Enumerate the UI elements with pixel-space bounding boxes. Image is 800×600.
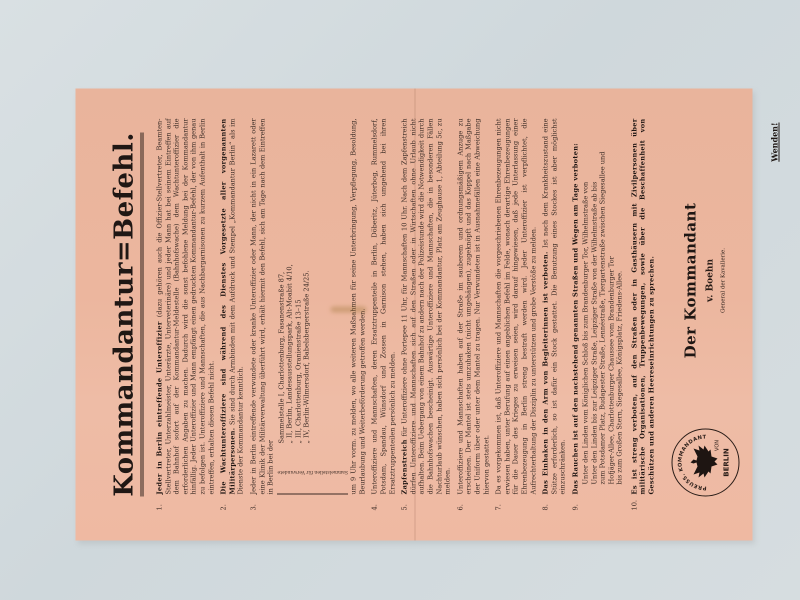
paper-stain [330, 306, 366, 312]
signature-title: Der Kommandant [681, 200, 699, 360]
item-number: 6. [456, 494, 490, 510]
item-lead: Jeder in Berlin eintreffende Unteroffizi… [155, 321, 163, 494]
sammelstelle: „ IV, Berlin-Wilmersdorf, Babelsbergerst… [302, 264, 310, 443]
eagle-icon: K. PREUSS. KOMMANDANTUR VON BERLIN [672, 429, 738, 495]
street-list: Unter den Linden vom Königlichen Schloß … [581, 118, 623, 484]
document-footer: K. PREUSS. KOMMANDANTUR VON BERLIN Der K… [659, 118, 800, 510]
item-number: 7. [494, 494, 537, 510]
item-lead: Das Einhaken in den Arm von Begleiterinn… [541, 251, 549, 494]
signature-block: Der Kommandant v. Boehn General der Kava… [681, 200, 726, 360]
item-number: 9. [571, 494, 580, 510]
item-text-after: um 9 Uhr vorm. zu melden, wo alle weiter… [349, 118, 366, 510]
order-item-5: 5. Zapfenstreich für Unteroffiziere ohne… [400, 118, 452, 510]
street-line: bis zum Großen Stern, Siegesallee, König… [615, 118, 623, 484]
sammelstelle: „ III, Charlottenburg, Oranienstraße 13–… [294, 264, 302, 443]
signature-name: v. Boehn [705, 200, 715, 360]
fold-crease [414, 88, 415, 540]
order-item-6: 6. Unteroffiziere und Mannschaften haben… [456, 118, 490, 510]
order-item-1: 1. Jeder in Berlin eintreffende Unteroff… [155, 118, 215, 510]
document-sheet: Kommandantur=Befehl. 1. Jeder in Berlin … [75, 88, 752, 540]
order-item-4: 4. Unteroffiziere und Mannschaften, dere… [370, 118, 396, 510]
item-body: Jeder in Berlin eintreffende verwundete … [249, 118, 275, 494]
item-body: Das Einhaken in den Arm von Begleiterinn… [541, 118, 567, 494]
sammelstelle: Sammelstelle I, Charlottenburg, Fasanens… [277, 264, 285, 443]
order-item-3: 3. Jeder in Berlin eintreffende verwunde… [249, 118, 366, 510]
item-body: Es ist streng verboten, auf den Straßen … [630, 118, 656, 494]
sammelstelle: „ II, Berlin, Landesausstellungspark, Al… [285, 264, 293, 443]
order-item-7: 7. Da es vorgekommen ist, daß Unteroffiz… [494, 118, 537, 510]
item-body: Das Rauchen ist auf den nachstehend gena… [571, 118, 580, 494]
item-number: 2. [219, 494, 245, 510]
seal-von: VON [714, 439, 720, 450]
street-line: Unter den Linden bis zur Leipziger Straß… [590, 118, 598, 484]
side-note: Sammelstellen für Verwundete [277, 449, 348, 494]
turn-over-note: Wenden! [769, 122, 779, 161]
item-number: 4. [370, 494, 396, 510]
seal-berlin: BERLIN [722, 448, 730, 477]
item-text: Unteroffiziere und Mannschaften, deren E… [370, 118, 396, 494]
item-body: Zapfenstreich für Unteroffiziere ohne Po… [400, 118, 452, 494]
item-body: Die Wachtunteroffiziere sind während des… [219, 118, 245, 494]
order-item-10: 10. Es ist streng verboten, auf den Stra… [630, 118, 656, 510]
sammelstellen-list: Sammelstelle I, Charlottenburg, Fasanens… [277, 264, 348, 443]
document-title: Kommandantur=Befehl. [109, 132, 143, 497]
street-line: Unter den Linden vom Königlichen Schloß … [581, 118, 589, 484]
item-lead: Das Rauchen ist auf den nachstehend gena… [571, 142, 579, 494]
title-wrap: Kommandantur=Befehl. [109, 118, 143, 510]
order-item-8: 8. Das Einhaken in den Arm von Begleiter… [541, 118, 567, 510]
order-item-9: 9. Das Rauchen ist auf den nachstehend g… [571, 118, 626, 510]
item-number: 1. [155, 494, 215, 510]
official-seal: K. PREUSS. KOMMANDANTUR VON BERLIN [671, 428, 739, 496]
item-text: Jeder in Berlin eintreffende verwundete … [249, 118, 274, 494]
street-line: zum Potsdamer Platz, Budapester Straße, … [598, 118, 615, 484]
item-text: Unteroffiziere und Mannschaften haben au… [456, 118, 490, 494]
item-text: für Unteroffiziere ohne Portepee 11 Uhr,… [400, 118, 451, 494]
order-item-2: 2. Die Wachtunteroffiziere sind während … [219, 118, 245, 510]
item-text: Da es vorgekommen ist, daß Unteroffizier… [494, 118, 537, 494]
item-number: 3. [249, 494, 275, 510]
sammel-block: Sammelstellen für Verwundete Sammelstell… [275, 118, 367, 510]
item-lead: Zapfenstreich [400, 439, 408, 494]
item-body: Jeder in Berlin eintreffende Unteroffizi… [155, 118, 215, 494]
item-number: 8. [541, 494, 567, 510]
item-number: 5. [400, 494, 452, 510]
order-list: 1. Jeder in Berlin eintreffende Unteroff… [155, 118, 655, 510]
item-lead: Es ist streng verboten, auf den Straßen … [630, 118, 655, 494]
item-text: (dazu gehören auch die Offizier-Stellver… [155, 118, 215, 494]
item-number: 10. [630, 494, 656, 510]
signature-rank: General der Kavallerie. [720, 200, 726, 360]
